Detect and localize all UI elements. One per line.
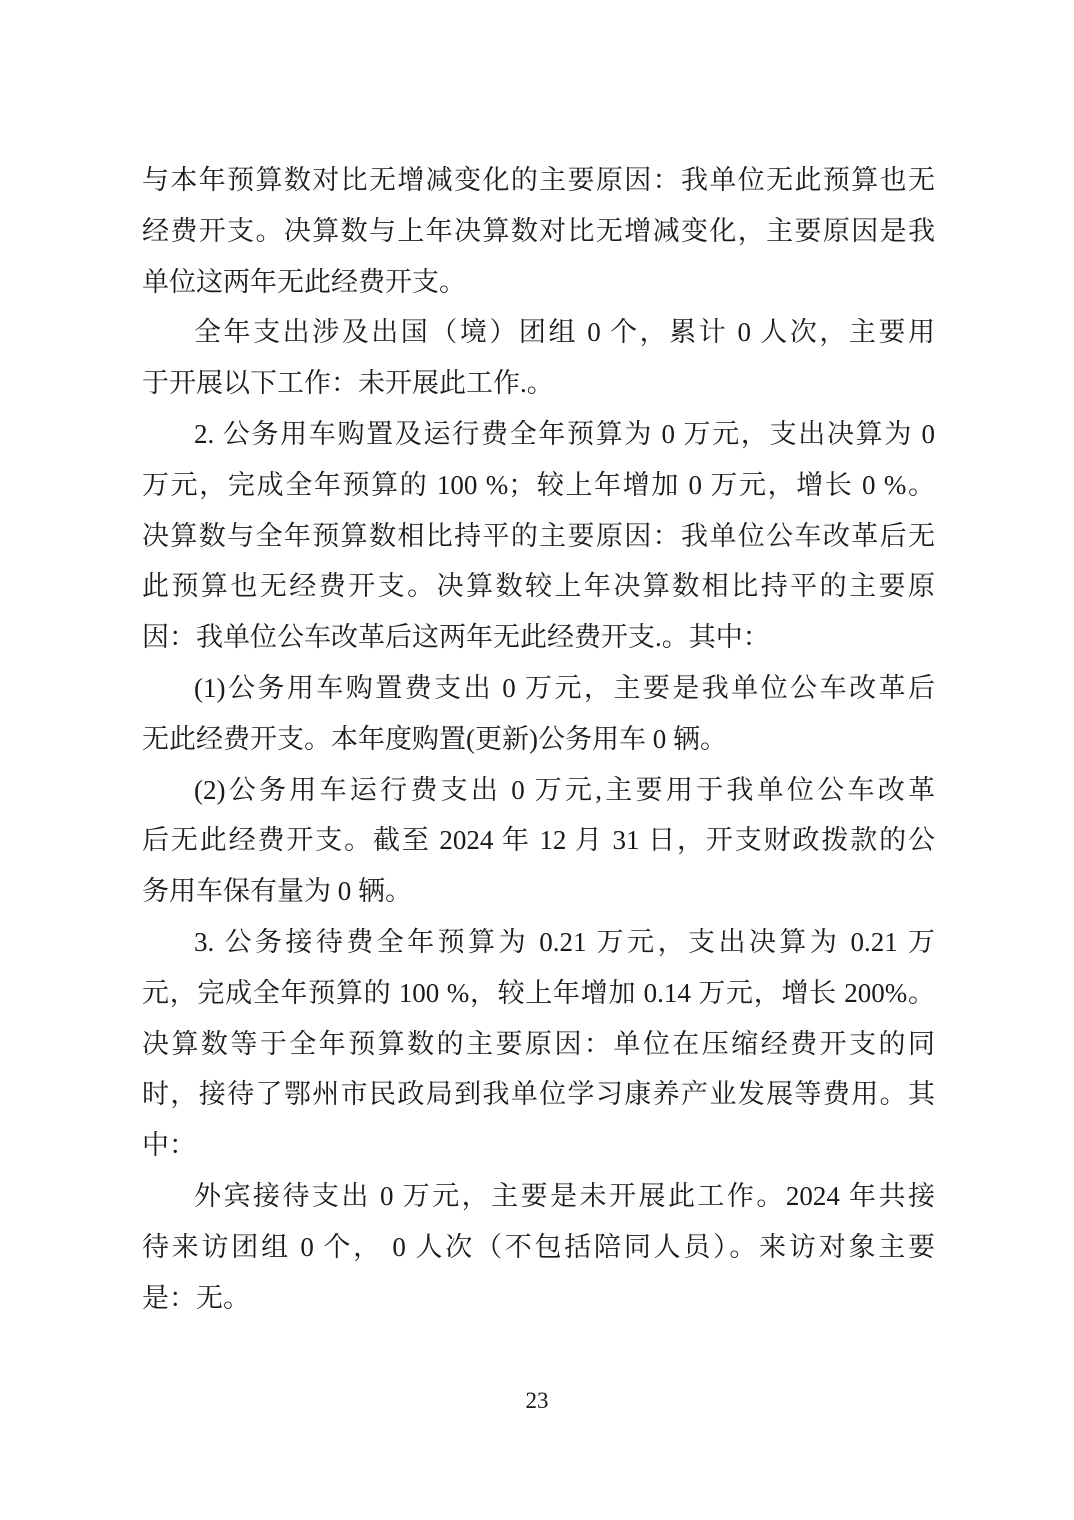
text-line: 2. 公务用车购置及运行费全年预算为 0 万元，支出决算为 0 [142, 409, 935, 460]
page-number: 23 [0, 1388, 1074, 1414]
text-line: 经费开支。决算数与上年决算数对比无增减变化，主要原因是我 [142, 206, 935, 257]
text-line: 时，接待了鄂州市民政局到我单位学习康养产业发展等费用。其 [142, 1069, 935, 1120]
text-line: 中： [142, 1120, 935, 1171]
text-line: (2)公务用车运行费支出 0 万元,主要用于我单位公车改革 [142, 765, 935, 816]
text-line: 决算数与全年预算数相比持平的主要原因：我单位公车改革后无 [142, 511, 935, 562]
text-line: (1)公务用车购置费支出 0 万元，主要是我单位公车改革后 [142, 663, 935, 714]
text-line: 后无此经费开支。截至 2024 年 12 月 31 日，开支财政拨款的公 [142, 815, 935, 866]
document-page: 与本年预算数对比无增减变化的主要原因：我单位无此预算也无 经费开支。决算数与上年… [0, 0, 1074, 1520]
text-line: 待来访团组 0 个， 0 人次（不包括陪同人员）。来访对象主要 [142, 1222, 935, 1273]
text-line: 元，完成全年预算的 100 %，较上年增加 0.14 万元，增长 200%。 [142, 968, 935, 1019]
text-line: 是：无。 [142, 1273, 935, 1324]
text-line: 因：我单位公车改革后这两年无此经费开支.。其中： [142, 612, 935, 663]
text-line: 于开展以下工作：未开展此工作.。 [142, 358, 935, 409]
text-line: 单位这两年无此经费开支。 [142, 257, 935, 308]
text-line: 决算数等于全年预算数的主要原因：单位在压缩经费开支的同 [142, 1019, 935, 1070]
text-line: 全年支出涉及出国（境）团组 0 个，累计 0 人次，主要用 [142, 307, 935, 358]
text-line: 务用车保有量为 0 辆。 [142, 866, 935, 917]
text-line: 外宾接待支出 0 万元，主要是未开展此工作。2024 年共接 [142, 1171, 935, 1222]
text-line: 3. 公务接待费全年预算为 0.21 万元，支出决算为 0.21 万 [142, 917, 935, 968]
text-line: 与本年预算数对比无增减变化的主要原因：我单位无此预算也无 [142, 155, 935, 206]
text-line: 此预算也无经费开支。决算数较上年决算数相比持平的主要原 [142, 561, 935, 612]
document-text-block: 与本年预算数对比无增减变化的主要原因：我单位无此预算也无 经费开支。决算数与上年… [142, 155, 935, 1323]
text-line: 无此经费开支。本年度购置(更新)公务用车 0 辆。 [142, 714, 935, 765]
text-line: 万元，完成全年预算的 100 %；较上年增加 0 万元，增长 0 %。 [142, 460, 935, 511]
